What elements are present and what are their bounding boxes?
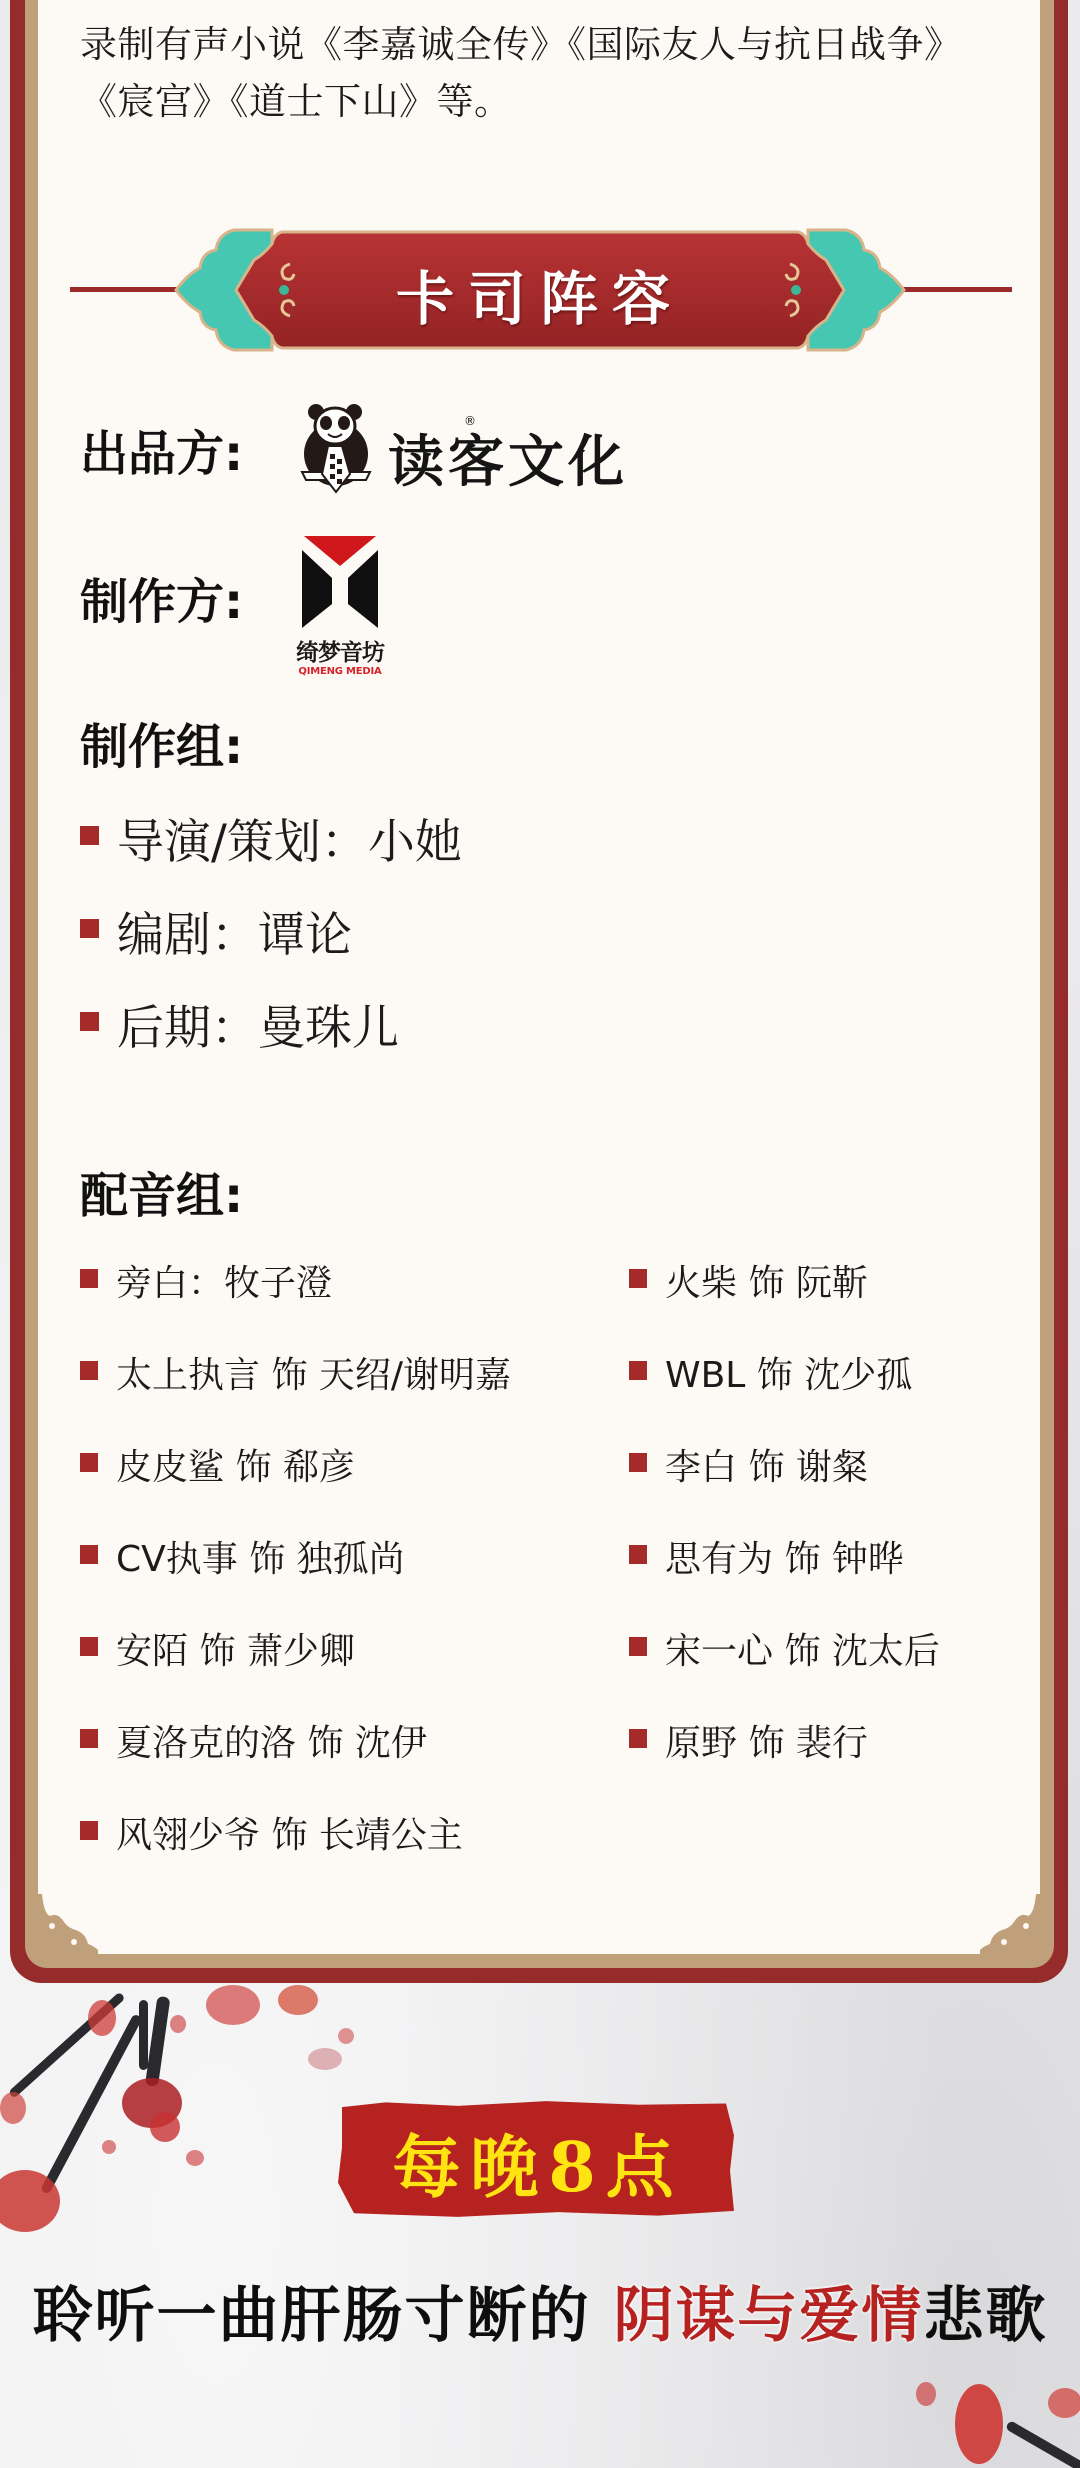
tagline-prefix: 聆听一曲肝肠寸断的: [33, 2281, 614, 2351]
crew-item-text: 编剧：谭论: [117, 898, 352, 965]
cast-item: 李白 饰 谢粲: [629, 1439, 868, 1490]
cast-item: 宋一心 饰 沈太后: [629, 1623, 940, 1674]
cloud-corner-ornament-icon: [980, 1894, 1040, 1954]
cast-item-text: 夏洛克的洛 饰 沈伊: [116, 1715, 427, 1766]
cast-item-text: 安陌 饰 萧少卿: [116, 1623, 355, 1674]
cast-item-text: 皮皮鲨 饰 郗彦: [116, 1439, 355, 1490]
cast-item: WBL 饰 沈少孤: [629, 1347, 912, 1398]
cast-item: 原野 饰 裴行: [629, 1715, 868, 1766]
cast-item: 皮皮鲨 饰 郗彦: [80, 1439, 355, 1490]
bullet-square-icon: [80, 1361, 98, 1380]
cast-item-text: 原野 饰 裴行: [665, 1715, 868, 1766]
duke-culture-logo: 读客文化 ®: [296, 402, 636, 494]
cast-item: 旁白：牧子澄: [80, 1255, 332, 1306]
cast-item: CV执事 饰 独孤尚: [80, 1531, 405, 1582]
bullet-square-icon: [629, 1269, 647, 1288]
producer-label: 制作方:: [80, 563, 243, 632]
qimeng-logo-icon: [288, 534, 392, 630]
cast-item-text: 火柴 饰 阮靳: [665, 1255, 868, 1306]
bullet-square-icon: [80, 1729, 98, 1748]
cloud-corner-ornament-icon: [38, 1894, 98, 1954]
bullet-square-icon: [629, 1729, 647, 1748]
schedule-badge-text: 每晚8点: [338, 2114, 738, 2211]
crew-item: 编剧：谭论: [80, 898, 352, 965]
cast-item: 太上执言 饰 天绍/谢明嘉: [80, 1347, 511, 1398]
cast-item-text: 风翎少爷 饰 长靖公主: [116, 1807, 463, 1858]
tagline-suffix: 悲歌: [923, 2281, 1047, 2351]
bullet-square-icon: [80, 1012, 99, 1031]
cast-item-text: 太上执言 饰 天绍/谢明嘉: [116, 1347, 511, 1398]
section-banner: 卡司阵容: [172, 224, 908, 356]
crew-label: 制作组:: [80, 708, 243, 777]
bullet-square-icon: [629, 1453, 647, 1472]
tagline: 聆听一曲肝肠寸断的 阴谋与爱情悲歌: [30, 2268, 1050, 2354]
bullet-square-icon: [80, 1453, 98, 1472]
cast-item-text: 李白 饰 谢粲: [665, 1439, 868, 1490]
cast-item: 风翎少爷 饰 长靖公主: [80, 1807, 463, 1858]
cast-item: 火柴 饰 阮靳: [629, 1255, 868, 1306]
crew-item-text: 导演/策划：小她: [117, 805, 462, 872]
qimeng-logo-en: QIMENG MEDIA: [288, 666, 392, 677]
bullet-square-icon: [80, 1545, 98, 1564]
cast-item: 思有为 饰 钟晔: [629, 1531, 904, 1582]
qimeng-media-logo: 绮梦音坊 QIMENG MEDIA: [288, 534, 392, 684]
cast-item-text: 宋一心 饰 沈太后: [665, 1623, 940, 1674]
banner-line-right: [900, 287, 1012, 292]
cast-item: 安陌 饰 萧少卿: [80, 1623, 355, 1674]
cast-item: 夏洛克的洛 饰 沈伊: [80, 1715, 427, 1766]
registered-mark: ®: [464, 414, 476, 428]
duke-logo-text: 读客文化: [388, 418, 628, 498]
cast-label: 配音组:: [80, 1157, 243, 1226]
tagline-accent: 阴谋与爱情: [613, 2281, 923, 2351]
publisher-label: 出品方:: [80, 415, 243, 484]
intro-paragraph: 录制有声小说《李嘉诚全传》《国际友人与抗日战争》《宸宫》《道士下山》等。: [80, 16, 1010, 130]
panda-logo-icon: [296, 402, 376, 494]
bullet-square-icon: [629, 1545, 647, 1564]
banner-title: 卡司阵容: [172, 252, 908, 336]
bullet-square-icon: [80, 919, 99, 938]
banner-line-left: [70, 287, 180, 292]
bullet-square-icon: [80, 826, 99, 845]
bullet-square-icon: [629, 1637, 647, 1656]
bullet-square-icon: [80, 1821, 98, 1840]
qimeng-logo-cn: 绮梦音坊: [288, 634, 392, 667]
bullet-square-icon: [80, 1269, 98, 1288]
bullet-square-icon: [629, 1361, 647, 1380]
crew-item-text: 后期：曼珠儿: [117, 991, 399, 1058]
cast-item-text: WBL 饰 沈少孤: [665, 1347, 912, 1398]
bullet-square-icon: [80, 1637, 98, 1656]
crew-item: 后期：曼珠儿: [80, 991, 399, 1058]
cast-item-text: 思有为 饰 钟晔: [665, 1531, 904, 1582]
crew-item: 导演/策划：小她: [80, 805, 462, 872]
cast-item-text: CV执事 饰 独孤尚: [116, 1531, 405, 1582]
cast-item-text: 旁白：牧子澄: [116, 1255, 332, 1306]
